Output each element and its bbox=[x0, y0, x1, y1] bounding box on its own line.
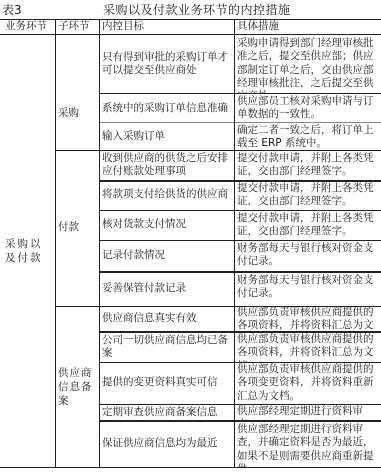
rule-row bbox=[99, 122, 381, 123]
goal-cell: 妥善保管付款记录 bbox=[99, 272, 234, 306]
header-measure: 具体措施 bbox=[234, 20, 381, 34]
goal-cell: 系统中的采购订单信息准确 bbox=[99, 94, 234, 123]
rule-row bbox=[99, 404, 381, 405]
rule-header-top bbox=[0, 19, 381, 20]
rule-section bbox=[55, 306, 381, 307]
goal-cell: 保证供应商信息均为最近 bbox=[99, 421, 234, 467]
measure-cell: 提交付款申请，并附上各类凭证，交由部门经理签字。 bbox=[234, 150, 381, 180]
rule-col bbox=[234, 20, 235, 467]
table-number: 表3 bbox=[2, 2, 22, 18]
rule-row bbox=[99, 271, 381, 273]
measure-cell: 财务部每天与银行核对资金支付记录。 bbox=[234, 240, 381, 272]
goal-cell: 提供的变更资料真实可信 bbox=[99, 362, 234, 404]
rule-row bbox=[99, 331, 381, 333]
goal-cell: 输入采购订单 bbox=[99, 123, 234, 150]
goal-cell: 收到供应商的供货之后安排应付账款处理事项 bbox=[99, 150, 234, 180]
business-stage-label: 采购以及付款 bbox=[5, 237, 53, 265]
rule-row bbox=[99, 93, 381, 94]
measure-cell: 供应部负责审核供应商提供的各项资料，并将资料汇总为文档。 bbox=[234, 306, 381, 332]
measure-cell: 提交付款申请，并附上各类凭证，交由部门经理签字。 bbox=[234, 210, 381, 240]
measure-cell: 采购申请得到部门经理审核批准之后，提交至供应部；供应部制定订单之后，交由供应部经… bbox=[234, 34, 381, 94]
rule-row bbox=[99, 210, 381, 211]
sub-stage-cell: 采购 bbox=[55, 34, 99, 150]
measure-cell: 财务部每天与银行核对资金支付记录。 bbox=[234, 272, 381, 306]
sub-stage-cell: 付款 bbox=[55, 150, 99, 306]
goal-cell: 记录付款情况 bbox=[99, 240, 234, 272]
rule-row bbox=[99, 362, 381, 363]
header-sub-stage: 子环节 bbox=[55, 20, 99, 34]
sub-stage-label: 采购 bbox=[58, 107, 79, 120]
measure-cell: 供应部员工核对采购申请与订单数据的一致性。 bbox=[234, 94, 381, 123]
sub-stage-label: 付款 bbox=[58, 221, 79, 234]
header-business-stage: 业务环节 bbox=[2, 20, 55, 34]
goal-cell: 只有得到审批的采购订单才可以提交至供应商处 bbox=[99, 34, 234, 94]
measure-cell: 供应部负责审核供应商提供的各项变更资料，并将资料重新汇总为文档。 bbox=[234, 362, 381, 404]
rule-table-bottom bbox=[0, 467, 381, 468]
header-goal: 内控目标 bbox=[99, 20, 234, 34]
goal-cell: 将款项支付给供货的供应商 bbox=[99, 180, 234, 210]
measure-cell: 供应部负责审核供应商提供的各项资料，并将资料汇总为文档。 bbox=[234, 332, 381, 362]
goal-cell: 供应商信息真实有效 bbox=[99, 306, 234, 332]
sub-stage-label: 供应商信息备案 bbox=[58, 366, 97, 408]
rule-row bbox=[99, 240, 381, 241]
goal-cell: 公司一切供应商信息均已备案 bbox=[99, 332, 234, 362]
sub-stage-cell: 供应商信息备案 bbox=[55, 306, 99, 467]
table-caption: 表3 采购以及付款业务环节的内控措施 bbox=[0, 2, 381, 18]
measure-cell: 提交付款申请，并附上各类凭证，交由部门经理签字。 bbox=[234, 180, 381, 210]
business-stage-cell: 采购以及付款 bbox=[2, 34, 55, 467]
measure-cell: 供应部经理定期进行资料审查，并确定资料是否为最近，如果不是则需要供应商重新提供。 bbox=[234, 421, 381, 467]
rule-row bbox=[99, 420, 381, 422]
rule-col bbox=[99, 20, 100, 467]
measure-cell: 确定二者一致之后，将订单上载至 ERP 系统中。 bbox=[234, 123, 381, 150]
goal-cell: 核对货款支付情况 bbox=[99, 210, 234, 240]
measure-cell: 供应部经理定期进行资料审查。 bbox=[234, 404, 381, 421]
rule-row bbox=[99, 180, 381, 182]
goal-cell: 定期审查供应商备案信息 bbox=[99, 404, 234, 421]
table-title: 采购以及付款业务环节的内控措施 bbox=[103, 2, 291, 18]
rule-header-bottom bbox=[0, 34, 381, 35]
rule-section bbox=[55, 150, 381, 151]
rule-col bbox=[55, 20, 56, 467]
